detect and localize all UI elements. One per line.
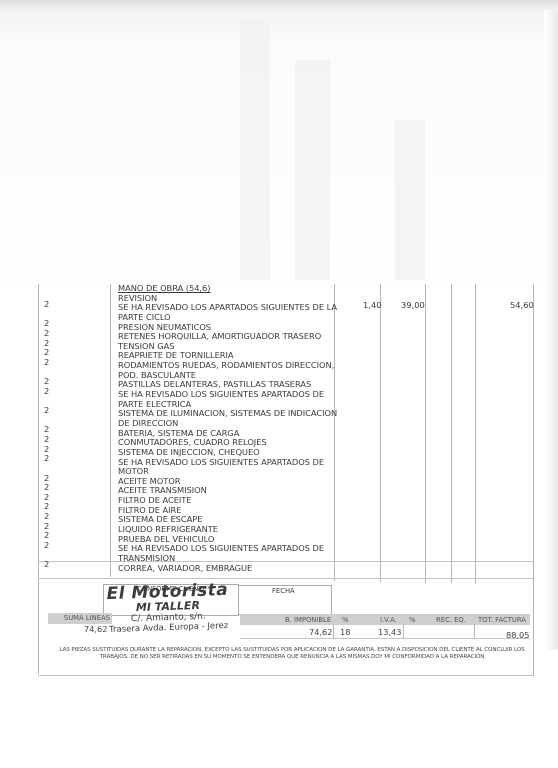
scan-shading <box>0 0 558 285</box>
scan-streak <box>395 120 425 280</box>
totals-divider <box>403 624 404 638</box>
column-divider <box>475 284 476 584</box>
line-quantity: 2 <box>44 300 56 310</box>
description-column: MANO DE OBRA (54,6)REVISIONSE HA REVISAD… <box>118 284 348 573</box>
table-border-left <box>38 284 39 674</box>
fecha-label: FECHA <box>272 587 295 595</box>
workshop-stamp: El Motorista MI TALLER C/. Amianto, s/n.… <box>97 582 239 636</box>
line-quantity: 2 <box>44 560 56 570</box>
suma-lineas-label: SUMA LINEAS <box>48 613 112 624</box>
pct1-value: 18 <box>340 627 350 637</box>
labor-hours: 1,40 <box>363 300 381 310</box>
column-divider <box>110 284 111 577</box>
iva-value: 13,43 <box>378 627 401 637</box>
line-description: SE HA REVISADO LOS SIGUIENTES APARTADOS … <box>118 458 348 468</box>
row-divider <box>38 578 533 579</box>
quantity-column: 2222222222222222222222 <box>44 300 56 570</box>
totals-divider <box>333 624 334 638</box>
suma-lineas-value: 74,62 <box>84 624 107 634</box>
totals-divider <box>474 624 475 638</box>
line-quantity: 2 <box>44 454 56 464</box>
iva-label: I.V.A. <box>380 616 397 624</box>
table-border-bottom <box>38 675 533 676</box>
warranty-note: LAS PIEZAS SUSTITUIDAS DURANTE LA REPARA… <box>48 647 536 661</box>
line-quantity: 2 <box>44 406 56 416</box>
column-divider <box>380 284 381 582</box>
b-imponible-value: 74,62 <box>309 627 332 637</box>
pct1-label: % <box>342 616 348 624</box>
labor-rate: 39,00 <box>401 300 425 310</box>
line-quantity: 2 <box>44 387 56 397</box>
labor-total: 54,60 <box>510 300 534 310</box>
scan-streak <box>295 60 330 280</box>
b-imponible-label: B. IMPONIBLE <box>285 616 331 624</box>
line-quantity: 2 <box>44 541 56 551</box>
scan-streak <box>240 20 270 280</box>
pct2-label: % <box>409 616 415 624</box>
column-divider <box>451 284 452 583</box>
column-divider <box>425 284 426 583</box>
scan-edge <box>544 10 558 650</box>
table-border-right <box>533 284 534 676</box>
totals-bottom-line <box>240 638 530 639</box>
rec-eq-label: REC. EQ. <box>436 616 466 624</box>
line-quantity: 2 <box>44 358 56 368</box>
line-description: CORREA, VARIADOR, EMBRAGUE <box>118 564 348 574</box>
tot-factura-value: 88,05 <box>506 630 529 640</box>
tot-factura-label: TOT. FACTURA <box>478 616 526 624</box>
